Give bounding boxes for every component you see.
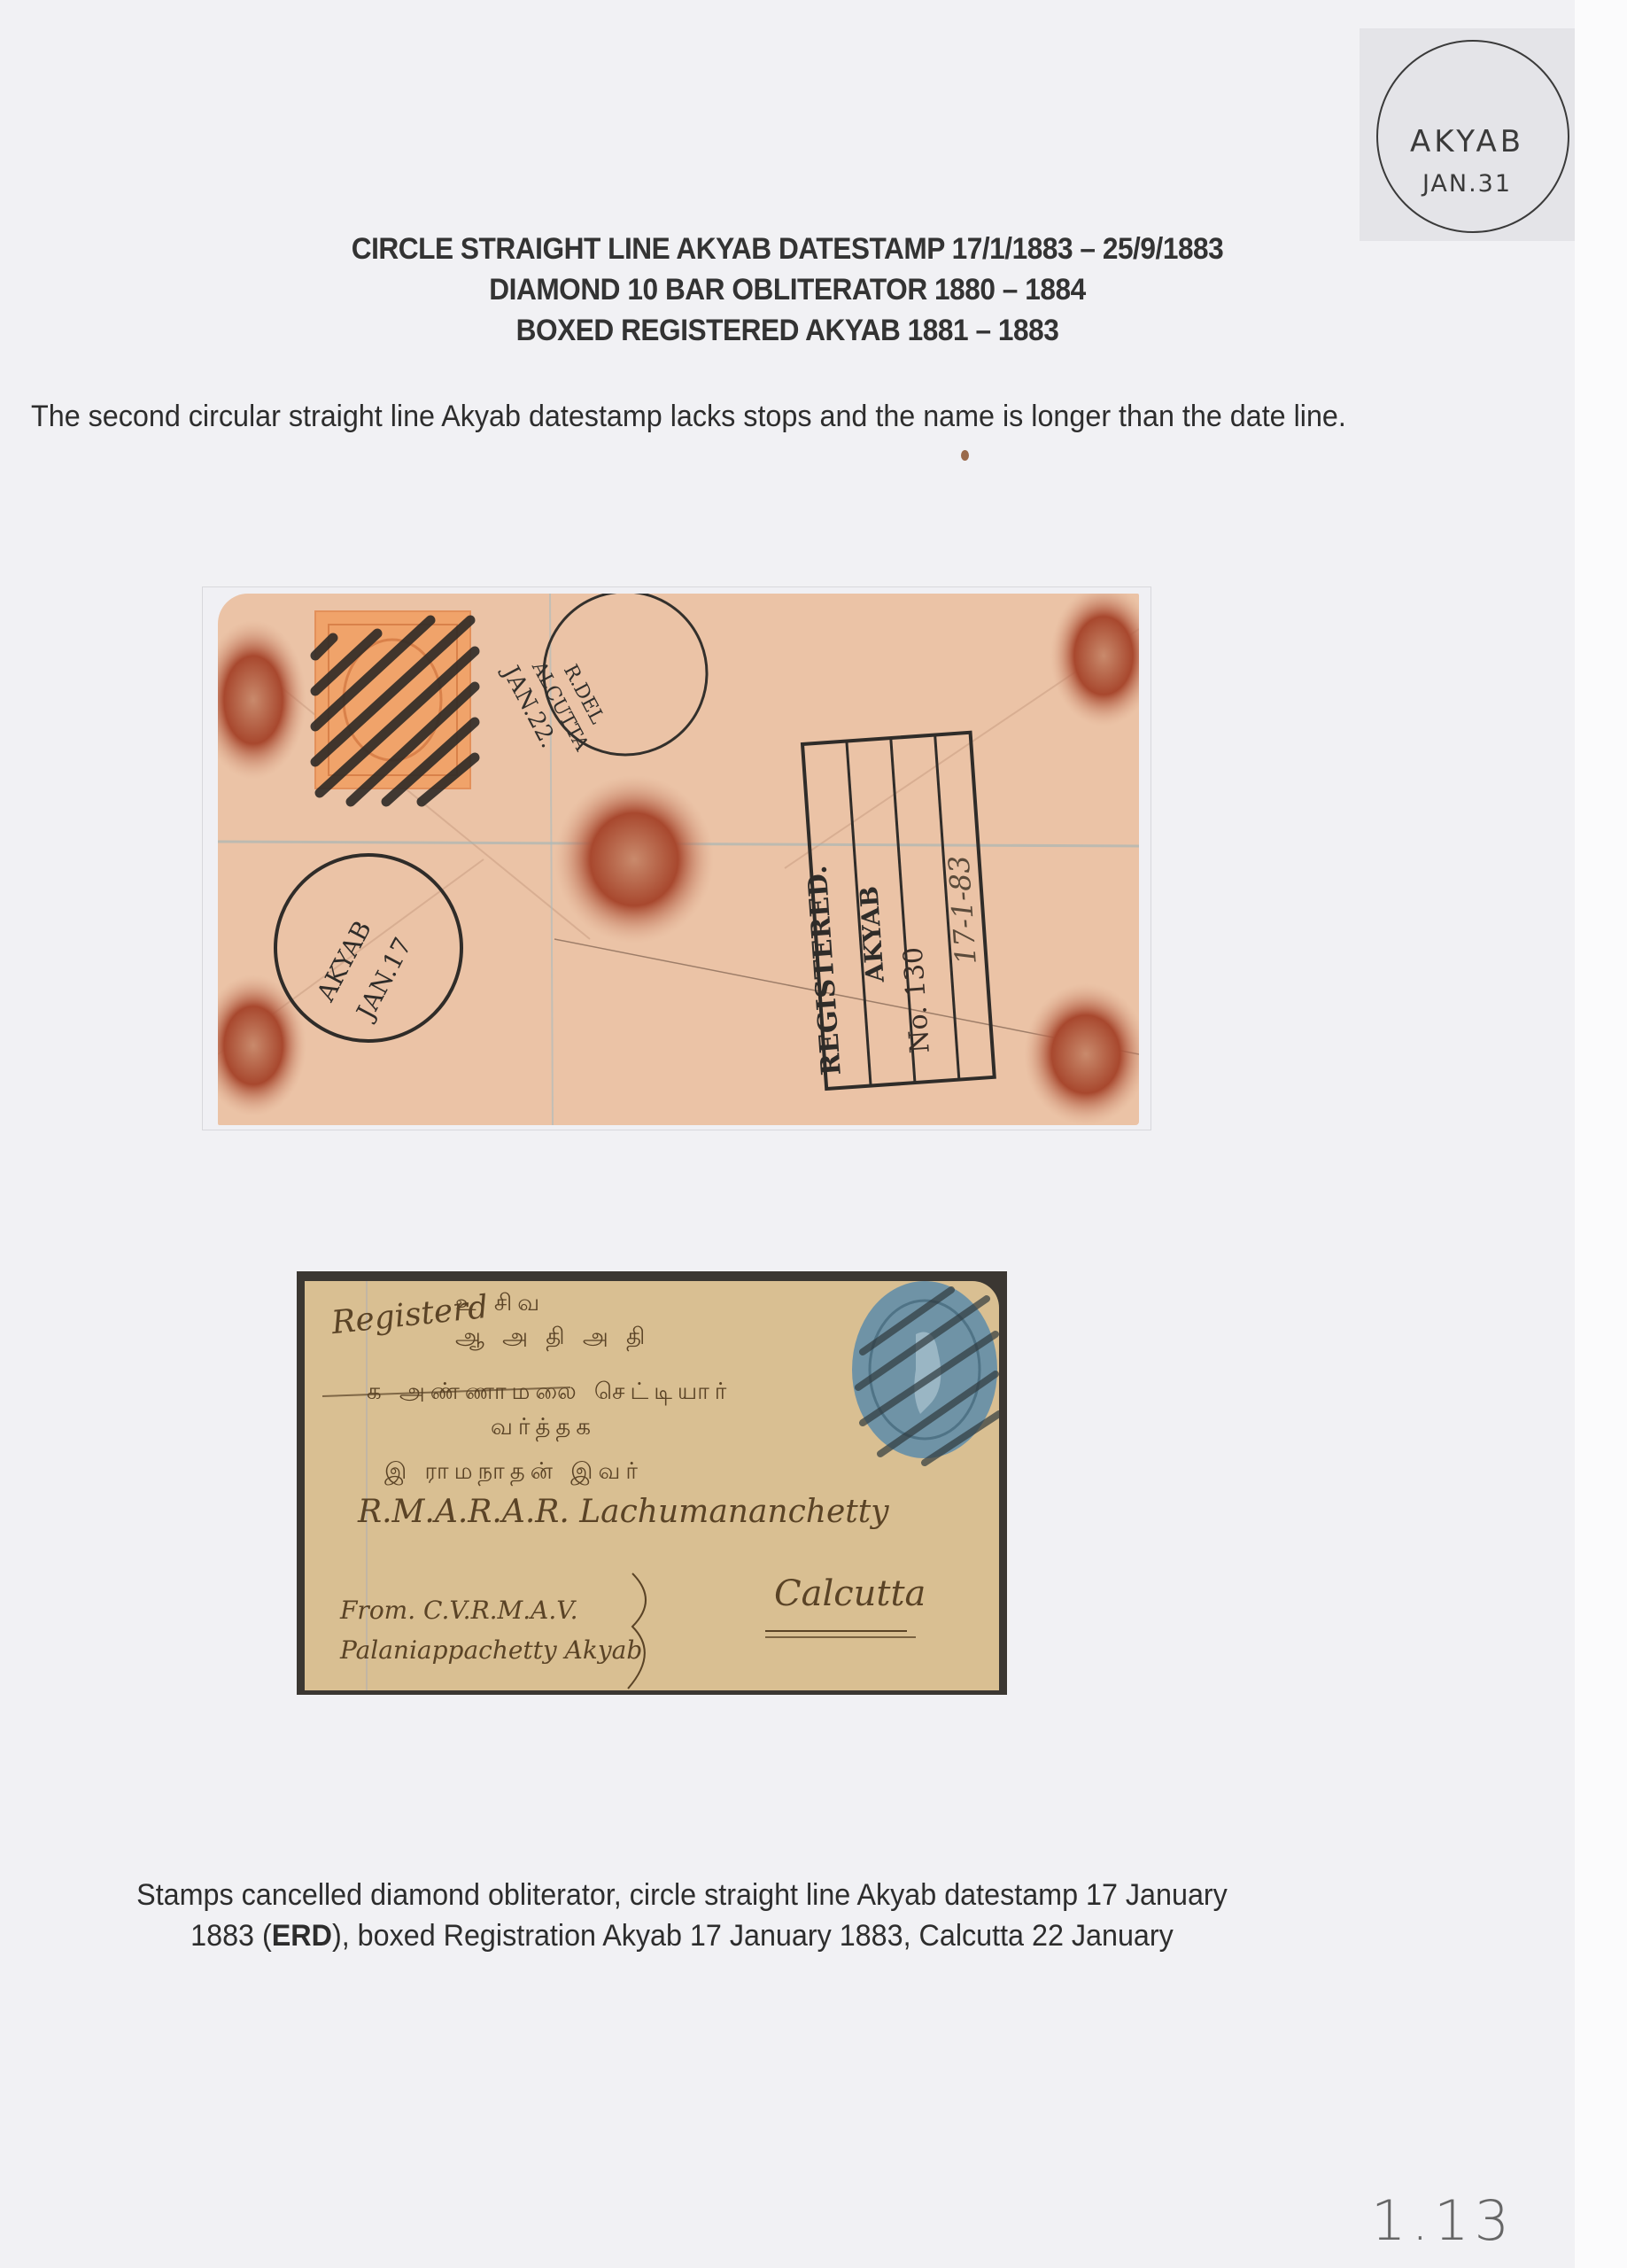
tamil-line: ஆ அ தி அ தி	[455, 1324, 650, 1353]
heading-obliterator: DIAMOND 10 BAR OBLITERATOR 1880 – 1884	[55, 273, 1520, 307]
tamil-line: க அண்ணாமலை செட்டியார்	[367, 1379, 732, 1408]
datestamp-office: AKYAB	[1360, 124, 1575, 159]
tamil-line: இ ராமநாதன் இவர்	[384, 1458, 643, 1487]
caption-erd: ERD	[272, 1919, 332, 1953]
addressee: R.M.A.R.A.R. Lachumananchetty	[358, 1494, 889, 1530]
paper-speck	[961, 450, 969, 461]
sender-line-2: Palaniappachetty Akyab	[340, 1635, 642, 1665]
datestamp-date: JAN.31	[1360, 170, 1575, 198]
scan-margin	[1575, 0, 1627, 2268]
caption-text: 1883 (	[190, 1919, 272, 1953]
cover-front: உ சிவ ஆ அ தி அ தி க அண்ணாமலை செட்டியார் …	[305, 1281, 999, 1690]
page-number: 1.13	[1371, 2188, 1515, 2253]
datestamp-illustration: AKYAB JAN.31	[1360, 28, 1575, 241]
caption-text: ), boxed Registration Akyab 17 January 1…	[332, 1919, 1174, 1953]
destination-city: Calcutta	[774, 1573, 926, 1614]
heading-registered: BOXED REGISTERED AKYAB 1881 – 1883	[55, 314, 1520, 348]
intro-text: The second circular straight line Akyab …	[31, 397, 1377, 436]
caption-line-1: Stamps cancelled diamond obliterator, ci…	[35, 1875, 1330, 1915]
caption-line-2: 1883 (ERD), boxed Registration Akyab 17 …	[35, 1915, 1330, 1956]
heading-datestamp: CIRCLE STRAIGHT LINE AKYAB DATESTAMP 17/…	[55, 232, 1520, 267]
sender-line-1: From. C.V.R.M.A.V.	[340, 1596, 577, 1625]
cover-reverse: R.DEL ALCUTTA JAN.22. AKYAB JAN.17 REGIS…	[218, 594, 1139, 1125]
cover-reverse-art	[218, 594, 1139, 1125]
tamil-line: வர்த்தக	[491, 1414, 596, 1443]
